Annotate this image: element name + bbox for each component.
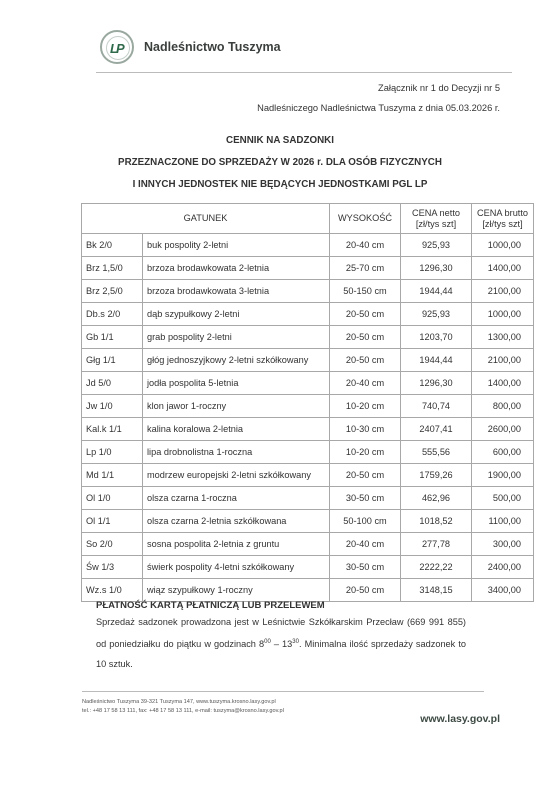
gross-price: 2600,00 [472,418,534,441]
species-code: Jw 1/0 [82,395,143,418]
species-code: Głg 1/1 [82,349,143,372]
species-name: kalina koralowa 2-letnia [143,418,330,441]
table-row: Md 1/1modrzew europejski 2-letni szkółko… [82,464,534,487]
header-divider [96,72,512,73]
net-price: 1018,52 [401,510,472,533]
sales-info: Sprzedaż sadzonek prowadzona jest w Leśn… [96,612,466,674]
table-header-row: GATUNEK WYSOKOŚĆ CENA netto[zł/tys szt] … [82,204,534,234]
height-range: 20-50 cm [330,349,401,372]
species-code: Gb 1/1 [82,326,143,349]
document-subtitle-1: PRZEZNACZONE DO SPRZEDAŻY W 2026 r. DLA … [0,157,560,168]
header-gross-price: CENA brutto[zł/tys szt] [472,204,534,234]
species-name: wiąz szypułkowy 1-roczny [143,579,330,602]
annex-line-1: Załącznik nr 1 do Decyzji nr 5 [378,83,500,93]
net-price: 1944,44 [401,280,472,303]
header-species: GATUNEK [82,204,330,234]
footer-contact: tel.: +48 17 58 13 111, fax: +48 17 58 1… [82,708,284,714]
table-row: So 2/0sosna pospolita 2-letnia z gruntu2… [82,533,534,556]
net-price: 1296,30 [401,257,472,280]
height-range: 10-20 cm [330,395,401,418]
net-price: 2222,22 [401,556,472,579]
table-row: Brz 2,5/0brzoza brodawkowata 3-letnia50-… [82,280,534,303]
gross-price: 1400,00 [472,257,534,280]
gross-price: 1000,00 [472,234,534,257]
species-code: Wz.s 1/0 [82,579,143,602]
header-net-price: CENA netto[zł/tys szt] [401,204,472,234]
net-price: 1944,44 [401,349,472,372]
net-price: 462,96 [401,487,472,510]
species-code: Lp 1/0 [82,441,143,464]
table-row: Ol 1/0olsza czarna 1-roczna30-50 cm462,9… [82,487,534,510]
net-price: 2407,41 [401,418,472,441]
price-table: GATUNEK WYSOKOŚĆ CENA netto[zł/tys szt] … [81,203,534,602]
height-range: 10-20 cm [330,441,401,464]
species-code: Kal.k 1/1 [82,418,143,441]
gross-price: 3400,00 [472,579,534,602]
species-code: So 2/0 [82,533,143,556]
table-row: Lp 1/0lipa drobnolistna 1-roczna10-20 cm… [82,441,534,464]
net-price: 1296,30 [401,372,472,395]
payment-heading: PŁATNOŚĆ KARTĄ PŁATNICZĄ LUB PRZELEWEM [96,600,325,611]
gross-price: 1900,00 [472,464,534,487]
sales-info-text-2: – 13 [271,639,292,649]
species-name: dąb szypułkowy 2-letni [143,303,330,326]
species-name: klon jawor 1-roczny [143,395,330,418]
gross-price: 1000,00 [472,303,534,326]
gross-price: 1300,00 [472,326,534,349]
gross-price: 500,00 [472,487,534,510]
height-range: 10-30 cm [330,418,401,441]
net-price: 1759,26 [401,464,472,487]
org-name: Nadleśnictwo Tuszyma [144,40,281,54]
gross-price: 600,00 [472,441,534,464]
net-price: 555,56 [401,441,472,464]
height-range: 20-50 cm [330,579,401,602]
table-row: Głg 1/1głóg jednoszyjkowy 2-letni szkółk… [82,349,534,372]
species-name: grab pospolity 2-letni [143,326,330,349]
table-row: Św 1/3świerk pospolity 4-letni szkółkowa… [82,556,534,579]
net-price: 3148,15 [401,579,472,602]
website-link[interactable]: www.lasy.gov.pl [420,713,500,725]
gross-price: 800,00 [472,395,534,418]
net-price: 1203,70 [401,326,472,349]
species-name: jodła pospolita 5-letnia [143,372,330,395]
hour-end-minutes: 30 [292,639,299,645]
letterhead: LP Nadleśnictwo Tuszyma [100,30,281,64]
height-range: 20-40 cm [330,533,401,556]
species-name: sosna pospolita 2-letnia z gruntu [143,533,330,556]
gross-price: 2400,00 [472,556,534,579]
height-range: 25-70 cm [330,257,401,280]
height-range: 50-100 cm [330,510,401,533]
height-range: 50-150 cm [330,280,401,303]
net-price: 925,93 [401,303,472,326]
header-height: WYSOKOŚĆ [330,204,401,234]
species-name: świerk pospolity 4-letni szkółkowany [143,556,330,579]
table-row: Jd 5/0jodła pospolita 5-letnia20-40 cm12… [82,372,534,395]
height-range: 20-40 cm [330,372,401,395]
net-price: 277,78 [401,533,472,556]
footer-address: Nadleśnictwo Tuszyma 39-321 Tuszyma 147,… [82,699,276,705]
table-row: Jw 1/0klon jawor 1-roczny10-20 cm740,748… [82,395,534,418]
species-code: Jd 5/0 [82,372,143,395]
table-row: Db.s 2/0dąb szypułkowy 2-letni20-50 cm92… [82,303,534,326]
gross-price: 300,00 [472,533,534,556]
table-row: Gb 1/1grab pospolity 2-letni20-50 cm1203… [82,326,534,349]
document-title: CENNIK NA SADZONKI [0,135,560,146]
species-code: Brz 2,5/0 [82,280,143,303]
species-code: Ol 1/0 [82,487,143,510]
species-name: buk pospolity 2-letni [143,234,330,257]
species-name: olsza czarna 1-roczna [143,487,330,510]
footer-divider [82,691,484,692]
species-name: brzoza brodawkowata 2-letnia [143,257,330,280]
gross-price: 1100,00 [472,510,534,533]
species-code: Md 1/1 [82,464,143,487]
height-range: 30-50 cm [330,487,401,510]
table-row: Ol 1/1olsza czarna 2-letnia szkółkowana5… [82,510,534,533]
net-price: 925,93 [401,234,472,257]
gross-price: 2100,00 [472,280,534,303]
document-subtitle-2: I INNYCH JEDNOSTEK NIE BĘDĄCYCH JEDNOSTK… [0,179,560,190]
species-code: Ol 1/1 [82,510,143,533]
species-code: Db.s 2/0 [82,303,143,326]
species-name: brzoza brodawkowata 3-letnia [143,280,330,303]
species-name: olsza czarna 2-letnia szkółkowana [143,510,330,533]
gross-price: 1400,00 [472,372,534,395]
species-name: głóg jednoszyjkowy 2-letni szkółkowany [143,349,330,372]
table-row: Brz 1,5/0brzoza brodawkowata 2-letnia25-… [82,257,534,280]
lasy-panstwowe-logo-icon: LP [100,30,134,64]
annex-line-2: Nadleśniczego Nadleśnictwa Tuszyma z dni… [257,103,500,113]
height-range: 20-50 cm [330,326,401,349]
species-name: modrzew europejski 2-letni szkółkowany [143,464,330,487]
table-row: Kal.k 1/1kalina koralowa 2-letnia10-30 c… [82,418,534,441]
height-range: 20-50 cm [330,464,401,487]
height-range: 20-50 cm [330,303,401,326]
height-range: 20-40 cm [330,234,401,257]
height-range: 30-50 cm [330,556,401,579]
species-code: Brz 1,5/0 [82,257,143,280]
species-name: lipa drobnolistna 1-roczna [143,441,330,464]
table-row: Bk 2/0buk pospolity 2-letni20-40 cm925,9… [82,234,534,257]
hour-start-minutes: 00 [264,639,271,645]
net-price: 740,74 [401,395,472,418]
table-row: Wz.s 1/0wiąz szypułkowy 1-roczny20-50 cm… [82,579,534,602]
species-code: Św 1/3 [82,556,143,579]
gross-price: 2100,00 [472,349,534,372]
species-code: Bk 2/0 [82,234,143,257]
